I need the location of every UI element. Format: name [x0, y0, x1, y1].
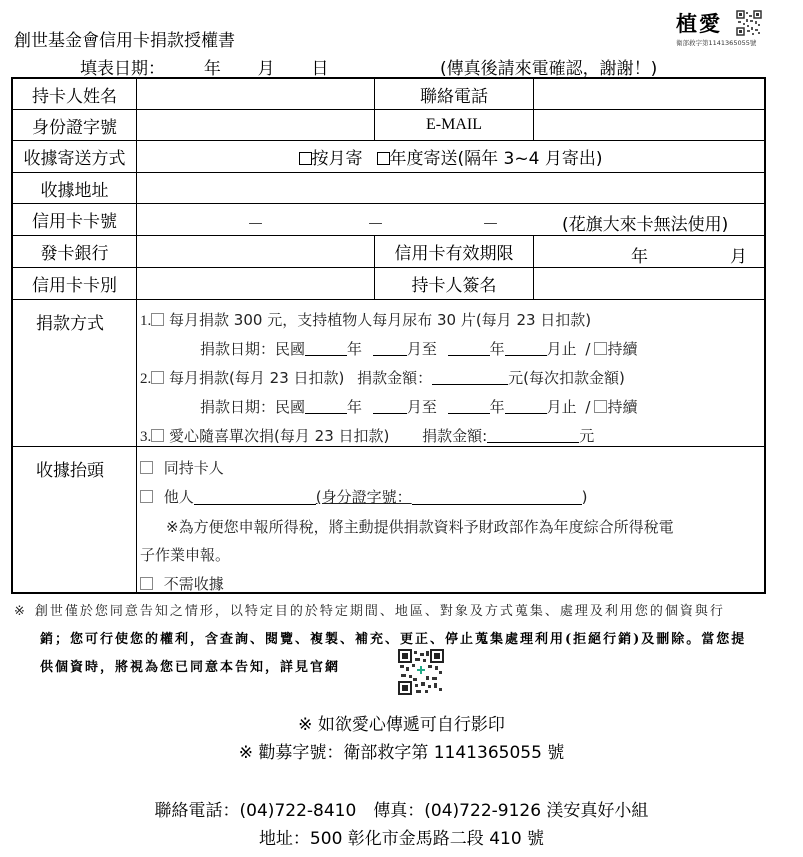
- issuing-bank-label: 發卡銀行: [13, 236, 136, 267]
- expiry-field[interactable]: 年 月: [534, 236, 764, 267]
- checkbox-monthly[interactable]: [299, 152, 312, 165]
- card-number-label: 信用卡卡號: [13, 204, 136, 235]
- start-month-input[interactable]: [373, 341, 407, 356]
- row-divider: [11, 299, 766, 300]
- end-month-input[interactable]: [505, 399, 547, 414]
- checkbox-option-3[interactable]: [151, 429, 164, 442]
- fax-confirm-note: (傳真後請來電確認，謝謝！): [440, 54, 657, 79]
- expiry-year: 年: [631, 242, 648, 267]
- cardholder-name-label: 持卡人姓名: [13, 79, 136, 109]
- contact-info: 聯絡電話：(04)722-8410 傳真：(04)722-9126 渼安真好小組: [0, 796, 803, 821]
- logo: 植愛 衛部救字第1141365055號: [676, 8, 768, 50]
- donation-period-2: 捐款日期：民國年 月至 年月止 /持續: [200, 396, 638, 417]
- fill-date-year: 年: [204, 54, 221, 79]
- card-number-dash: －: [247, 210, 264, 235]
- id-number-label: 身份證字號: [13, 110, 136, 140]
- receipt-other-person[interactable]: 他人(身分證字號：): [140, 486, 588, 507]
- privacy-notice-line3: 供個資時，將視為您已同意本告知，詳見官網: [40, 656, 340, 675]
- amount-input-2[interactable]: [432, 370, 508, 385]
- checkbox-option-1[interactable]: [151, 313, 164, 326]
- checkbox-yearly[interactable]: [377, 152, 390, 165]
- receipt-delivery-label: 收據寄送方式: [13, 141, 136, 172]
- other-id-input[interactable]: [412, 490, 582, 505]
- expiry-label: 信用卡有效期限: [375, 236, 533, 267]
- row-divider: [11, 446, 766, 447]
- end-year-input[interactable]: [448, 341, 490, 356]
- id-number-field[interactable]: [137, 110, 374, 140]
- contact-phone-label: 聯絡電話: [375, 79, 533, 109]
- tax-note-line1: ※為方便您申報所得稅，將主動提供捐款資料予財政部作為年度綜合所得稅電: [166, 516, 674, 537]
- logo-subtext: 衛部救字第1141365055號: [676, 38, 756, 47]
- end-month-input[interactable]: [505, 341, 547, 356]
- issuing-bank-field[interactable]: [137, 236, 374, 267]
- form-title: 創世基金會信用卡捐款授權書: [14, 26, 235, 51]
- qr-code-icon[interactable]: [398, 649, 444, 695]
- checkbox-no-receipt[interactable]: [140, 577, 153, 590]
- checkbox-continue-2[interactable]: [594, 400, 607, 413]
- card-number-field[interactable]: － － － (花旗大來卡無法使用): [137, 204, 764, 235]
- receipt-monthly-option[interactable]: 按月寄: [299, 144, 363, 169]
- receipt-address-field[interactable]: [137, 173, 764, 203]
- privacy-notice-line2: 銷；您可行使您的權利，含查詢、閱覽、複製、補充、更正、停止蒐集處理利用(拒絕行銷…: [40, 628, 746, 647]
- card-number-dash: －: [367, 210, 384, 235]
- donation-option-1[interactable]: 1. 每月捐款 300 元，支持植物人每月尿布 30 片(每月 23 日扣款): [140, 309, 591, 330]
- donation-option-2[interactable]: 2. 每月捐款(每月 23 日扣款) 捐款金額：元(每次扣款金額): [140, 367, 625, 388]
- email-label: E-MAIL: [375, 110, 533, 140]
- privacy-notice-line1: ※創世僅於您同意告知之情形，以特定目的於特定期間、地區、對象及方式蒐集、處理及利…: [14, 600, 725, 619]
- donation-method-label: 捐款方式: [36, 309, 104, 334]
- start-month-input[interactable]: [373, 399, 407, 414]
- receipt-delivery-options: 按月寄 年度寄送(隔年 3~4 月寄出): [137, 141, 764, 172]
- email-field[interactable]: [534, 110, 764, 140]
- donation-option-3[interactable]: 3. 愛心隨喜單次捐(每月 23 日扣款) 捐款金額:元: [140, 425, 594, 446]
- cardholder-name-field[interactable]: [137, 79, 374, 109]
- other-name-input[interactable]: [194, 490, 316, 505]
- donation-period-1: 捐款日期：民國年 月至 年月止 /持續: [200, 338, 638, 359]
- card-number-dash: －: [482, 210, 499, 235]
- fill-date-month: 月: [258, 54, 275, 79]
- fill-date-day: 日: [311, 54, 328, 79]
- signature-field[interactable]: [534, 268, 764, 299]
- checkbox-other-person[interactable]: [140, 490, 153, 503]
- contact-phone-field[interactable]: [534, 79, 764, 109]
- start-year-input[interactable]: [305, 341, 347, 356]
- address: 地址：500 彰化市金馬路二段 410 號: [0, 824, 803, 849]
- amount-input-3[interactable]: [487, 428, 579, 443]
- fill-date-label: 填表日期：: [80, 54, 165, 79]
- receipt-same-as-cardholder[interactable]: 同持卡人: [140, 457, 224, 478]
- fundraising-permit: ※ 勸募字號：衛部救字第 1141365055 號: [0, 738, 803, 763]
- tax-note-line2: 子作業申報。: [140, 544, 230, 565]
- fill-date-line: 填表日期： 年 月 日: [80, 54, 328, 79]
- signature-label: 持卡人簽名: [375, 268, 533, 299]
- checkbox-same-cardholder[interactable]: [140, 461, 153, 474]
- checkbox-continue-1[interactable]: [594, 342, 607, 355]
- receipt-address-label: 收據地址: [13, 173, 136, 203]
- expiry-month: 月: [730, 242, 747, 267]
- diners-card-note: (花旗大來卡無法使用): [562, 210, 728, 235]
- receipt-title-label: 收據抬頭: [36, 456, 104, 481]
- end-year-input[interactable]: [448, 399, 490, 414]
- copy-note: ※ 如欲愛心傳遞可自行影印: [0, 710, 803, 735]
- logo-text: 植愛: [676, 8, 722, 38]
- receipt-not-needed[interactable]: 不需收據: [140, 573, 224, 594]
- start-year-input[interactable]: [305, 399, 347, 414]
- card-type-label: 信用卡卡別: [13, 268, 136, 299]
- qr-code-icon: [736, 10, 762, 36]
- checkbox-option-2[interactable]: [151, 371, 164, 384]
- receipt-yearly-option[interactable]: 年度寄送(隔年 3~4 月寄出): [377, 144, 603, 169]
- card-type-field[interactable]: [137, 268, 374, 299]
